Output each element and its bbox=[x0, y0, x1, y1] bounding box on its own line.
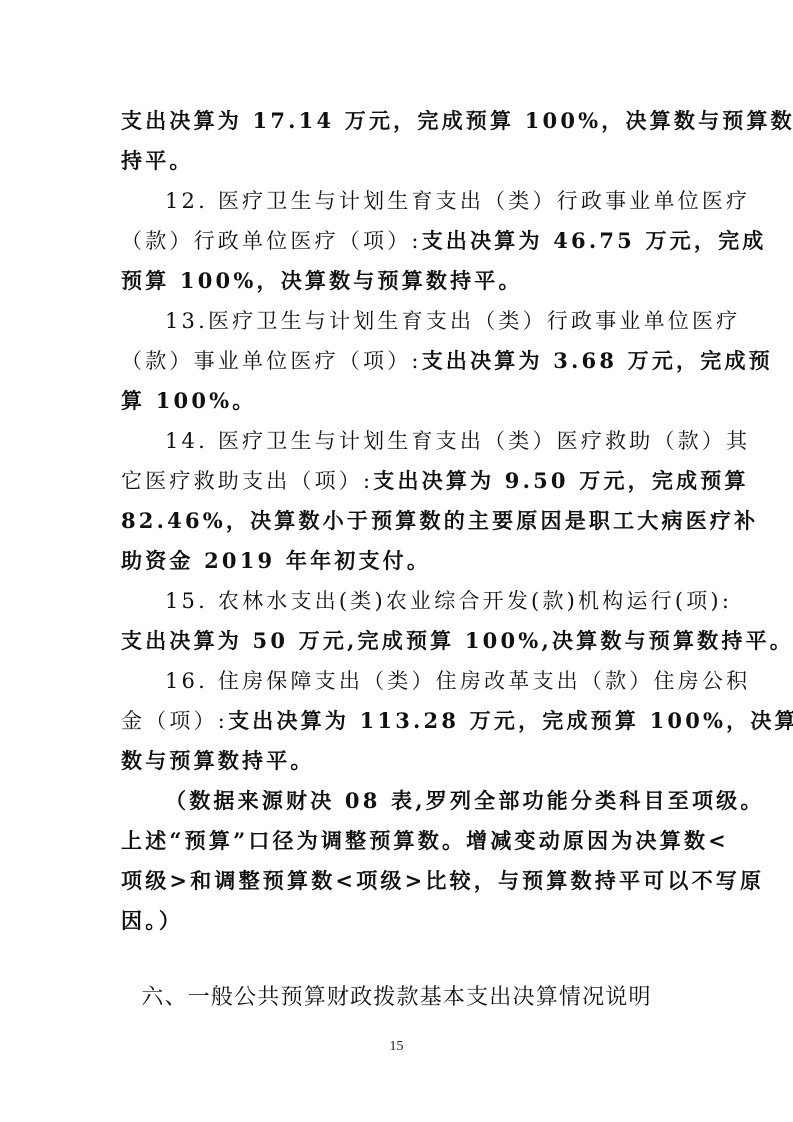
text-line: 16. 住房保障支出（类）住房改革支出（款）住房公积 bbox=[121, 661, 681, 701]
body-text: 支出决算为 17.14 万元，完成预算 100%，决算数与预算数持平。12. 医… bbox=[121, 101, 681, 941]
text-line: （款）事业单位医疗（项）:支出决算为 3.68 万元，完成预 bbox=[121, 341, 681, 381]
text-line: 金（项）:支出决算为 113.28 万元，完成预算 100%，决算 bbox=[121, 701, 681, 741]
text-segment: （款）行政单位医疗（项）: bbox=[121, 229, 422, 253]
text-line: 助资金 2019 年年初支付。 bbox=[121, 541, 681, 581]
document-page: 支出决算为 17.14 万元，完成预算 100%，决算数与预算数持平。12. 医… bbox=[0, 0, 793, 1122]
bold-text-segment: 项级>和调整预算数<项级>比较，与预算数持平可以不写原 bbox=[121, 868, 764, 893]
bold-text-segment: 支出决算为 113.28 万元，完成预算 100%，决算 bbox=[228, 708, 793, 733]
text-line: （款）行政单位医疗（项）:支出决算为 46.75 万元，完成 bbox=[121, 221, 681, 261]
bold-text-segment: 数与预算数持平。 bbox=[121, 748, 315, 773]
bold-text-segment: 预算 100%，决算数与预算数持平。 bbox=[121, 268, 523, 293]
bold-text-segment: 支出决算为 46.75 万元，完成 bbox=[422, 228, 767, 253]
text-segment: （款）事业单位医疗（项）: bbox=[121, 349, 422, 373]
text-line: 算 100%。 bbox=[121, 381, 681, 421]
text-line: 支出决算为 50 万元,完成预算 100%,决算数与预算数持平。 bbox=[121, 621, 681, 661]
text-line: 因。） bbox=[121, 901, 681, 941]
bold-text-segment: 持平。 bbox=[121, 148, 194, 173]
section-heading: 六、一般公共预算财政拨款基本支出决算情况说明 bbox=[0, 980, 793, 1016]
text-line: （数据来源财决 08 表,罗列全部功能分类科目至项级。 bbox=[121, 781, 681, 821]
text-line: 项级>和调整预算数<项级>比较，与预算数持平可以不写原 bbox=[121, 861, 681, 901]
text-line: 14. 医疗卫生与计划生育支出（类）医疗救助（款）其 bbox=[121, 421, 681, 461]
text-segment: 12. 医疗卫生与计划生育支出（类）行政事业单位医疗 bbox=[165, 189, 750, 213]
text-segment: 15. 农林水支出(类)农业综合开发(款)机构运行(项): bbox=[165, 589, 732, 613]
text-line: 它医疗救助支出（项）:支出决算为 9.50 万元，完成预算 bbox=[121, 461, 681, 501]
bold-text-segment: 上述“预算”口径为调整预算数。增减变动原因为决算数< bbox=[121, 828, 729, 853]
text-line: 12. 医疗卫生与计划生育支出（类）行政事业单位医疗 bbox=[121, 181, 681, 221]
bold-text-segment: 算 100%。 bbox=[121, 388, 257, 413]
bold-text-segment: 支出决算为 9.50 万元，完成预算 bbox=[373, 468, 748, 493]
bold-text-segment: 因。） bbox=[121, 908, 183, 933]
bold-text-segment: 82.46%，决算数小于预算数的主要原因是职工大病医疗补 bbox=[121, 508, 758, 533]
text-line: 数与预算数持平。 bbox=[121, 741, 681, 781]
text-line: 13.医疗卫生与计划生育支出（类）行政事业单位医疗 bbox=[121, 301, 681, 341]
text-line: 预算 100%，决算数与预算数持平。 bbox=[121, 261, 681, 301]
text-line: 持平。 bbox=[121, 141, 681, 181]
text-line: 82.46%，决算数小于预算数的主要原因是职工大病医疗补 bbox=[121, 501, 681, 541]
bold-text-segment: 支出决算为 17.14 万元，完成预算 100%，决算数与预算数 bbox=[121, 108, 793, 133]
page-number: 15 bbox=[0, 1039, 793, 1055]
text-line: 上述“预算”口径为调整预算数。增减变动原因为决算数< bbox=[121, 821, 681, 861]
text-segment: 它医疗救助支出（项）: bbox=[121, 469, 373, 493]
text-segment: 金（项）: bbox=[121, 709, 228, 733]
bold-text-segment: 支出决算为 50 万元,完成预算 100%,决算数与预算数持平。 bbox=[121, 628, 793, 653]
bold-text-segment: （数据来源财决 08 表,罗列全部功能分类科目至项级。 bbox=[165, 788, 765, 813]
text-segment: 14. 医疗卫生与计划生育支出（类）医疗救助（款）其 bbox=[165, 429, 750, 453]
text-segment: 13.医疗卫生与计划生育支出（类）行政事业单位医疗 bbox=[165, 309, 740, 333]
text-line: 支出决算为 17.14 万元，完成预算 100%，决算数与预算数 bbox=[121, 101, 681, 141]
text-segment: 16. 住房保障支出（类）住房改革支出（款）住房公积 bbox=[165, 669, 750, 693]
bold-text-segment: 支出决算为 3.68 万元，完成预 bbox=[422, 348, 773, 373]
bold-text-segment: 助资金 2019 年年初支付。 bbox=[121, 548, 431, 573]
text-line: 15. 农林水支出(类)农业综合开发(款)机构运行(项): bbox=[121, 581, 681, 621]
